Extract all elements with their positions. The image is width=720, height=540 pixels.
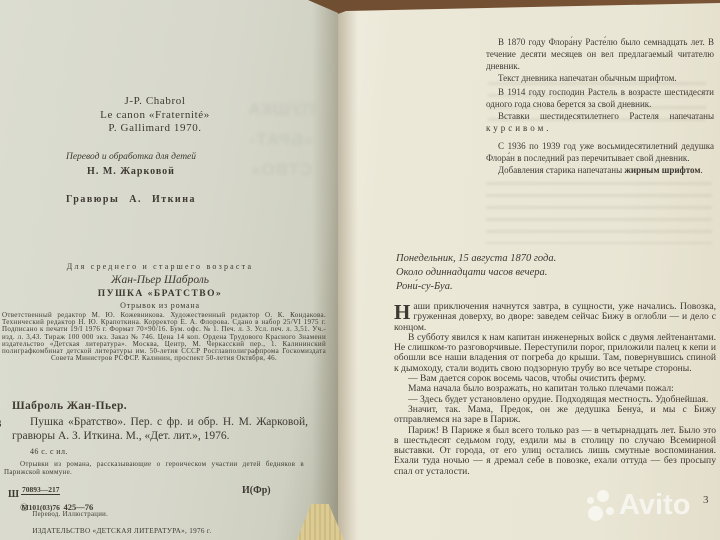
engravings-credit: Гравюры А. Иткина <box>0 194 262 205</box>
avito-watermark: Avito <box>586 489 690 522</box>
diary-dateline: Понедельник, 15 августа 1870 года. Около… <box>396 252 556 294</box>
index-prefix: Ш <box>8 489 19 500</box>
book-title: ПУШКА «БРАТСТВО» <box>0 289 320 299</box>
book-photo: ПУШКА «БРАТ- СТВО» J-P. Chabrol Le canon… <box>0 0 720 540</box>
age-audience-note: Для среднего и старшего возраста <box>0 262 320 271</box>
original-edition-info: J-P. Chabrol Le canon «Fraternité» P. Ga… <box>20 95 290 136</box>
editor-note-1870: В 1870 году Флора́ну Расте́лю было семна… <box>486 36 714 84</box>
page-number: 3 <box>703 494 709 506</box>
diary-body-text: Наши приключения начнутся завтра, в сущн… <box>394 302 716 477</box>
catalog-author-header: Шаброль Жан-Пьер. <box>12 400 127 412</box>
drop-cap: Н <box>394 303 410 321</box>
emphasized-word: жирным шрифтом <box>624 165 700 175</box>
editor-note-1936: С 1936 по 1939 год уже восьмидесятилетни… <box>486 140 714 176</box>
watermark-brand-text: Avito <box>619 489 690 522</box>
spine-shadow-right <box>338 0 358 540</box>
copyright-lines: Перевод. Иллюстрации. ИЗДАТЕЛЬСТВО «ДЕТС… <box>32 503 211 536</box>
editor-note-1914: В 1914 году господин Растель в возрасте … <box>486 86 714 134</box>
emphasized-word: курсивом <box>486 123 546 133</box>
left-page: ПУШКА «БРАТ- СТВО» J-P. Chabrol Le canon… <box>0 0 338 540</box>
margin-number: 3 <box>0 418 2 430</box>
translation-note: Перевод и обработка для детей <box>0 152 262 162</box>
book-subtitle: Отрывок из романа <box>0 301 320 310</box>
right-page: В 1870 году Флора́ну Расте́лю было семна… <box>338 0 720 540</box>
avito-logo-icon <box>586 489 616 522</box>
catalog-entry: Пушка «Братство». Пер. с фр. и обр. Н. М… <box>12 416 308 443</box>
copyright-icon: © <box>20 503 28 514</box>
catalog-pages-note: 46 с. с ил. <box>30 447 68 456</box>
showthrough-text-ghost <box>486 182 712 244</box>
translator-name: Н. М. Жарковой <box>0 166 262 177</box>
classification-code: И(Фр) <box>242 485 271 496</box>
copyright-block: © Перевод. Иллюстрации. ИЗДАТЕЛЬСТВО «ДЕ… <box>20 503 211 536</box>
author-name: Жан-Пьер Шаброль <box>0 274 320 286</box>
spine-shadow-left <box>312 0 338 540</box>
imprint-block: Ответственный редактор М. Ю. Кожевникова… <box>2 312 326 362</box>
catalog-summary: Отрывки из романа, рассказывающие о геро… <box>4 461 304 476</box>
